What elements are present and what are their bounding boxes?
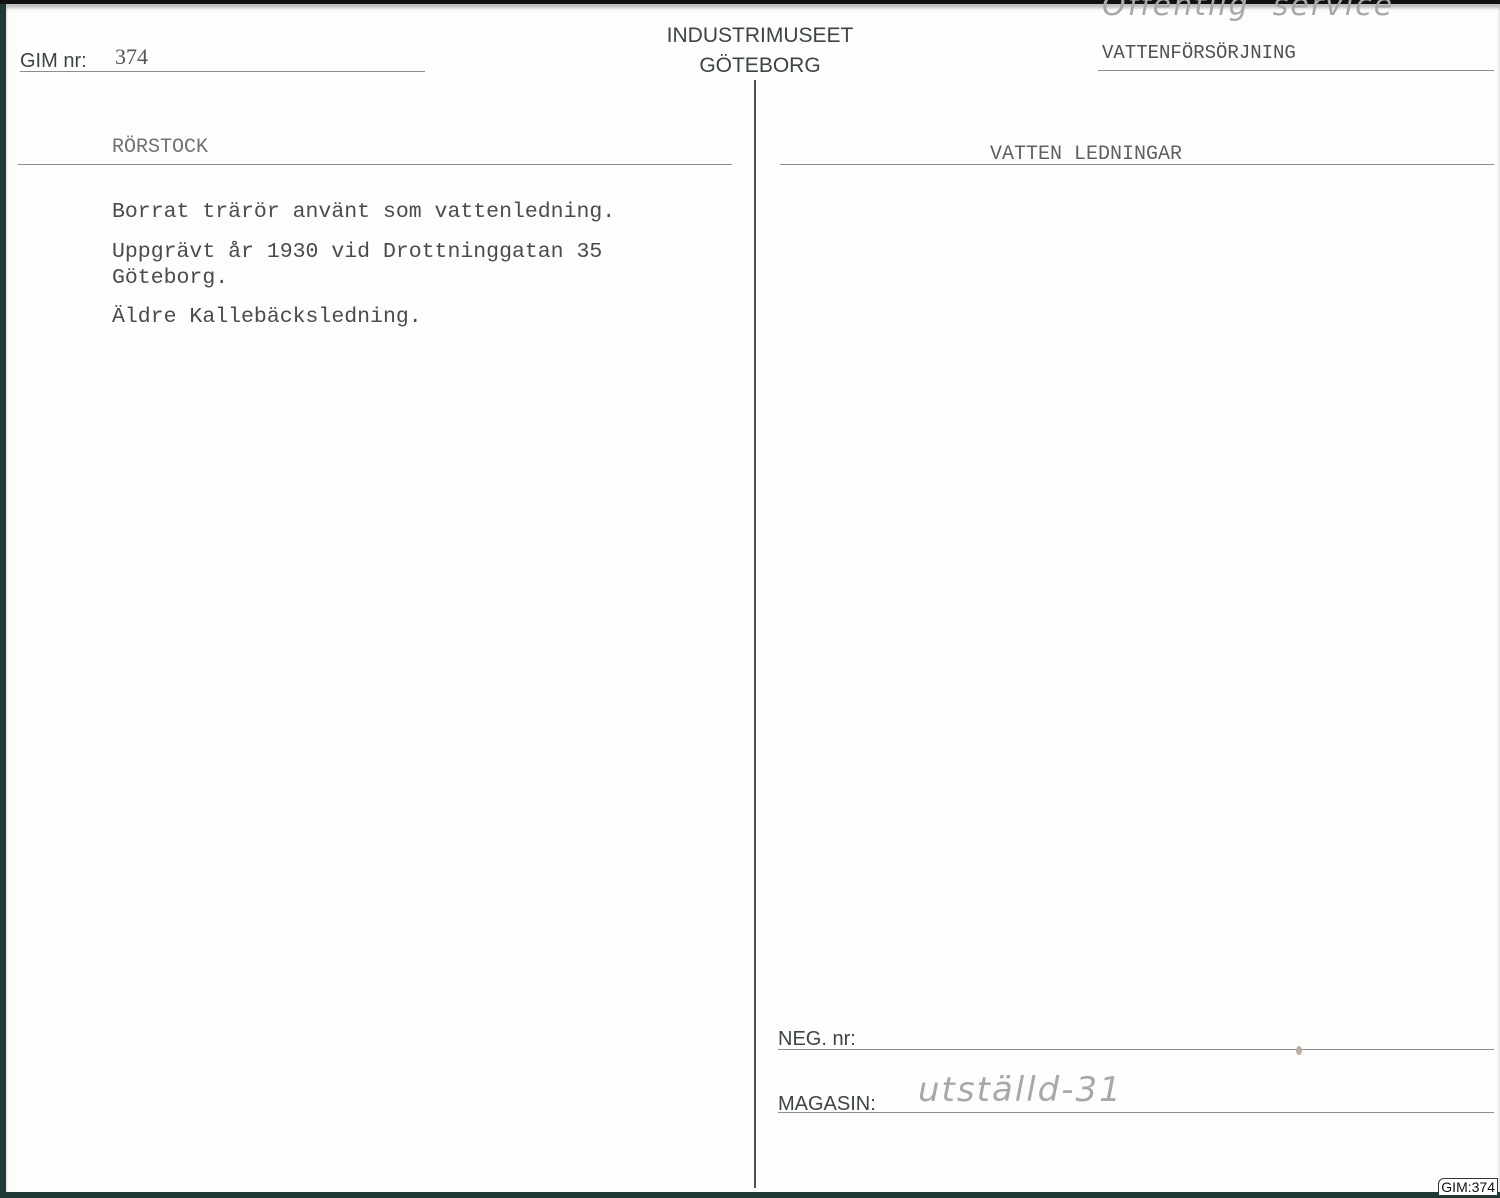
museum-name-line1: INDUSTRIMUSEET [640,21,880,51]
gim-number-value: 374 [115,44,148,70]
subject-field: VATTEN LEDNINGAR [990,143,1182,166]
magasin-handwritten-value: utställd-31 [918,1070,1123,1110]
negative-number-rule [778,1049,1494,1050]
subject-rule [780,164,1494,165]
description-paragraph: Borrat trärör använt som vattenledning. [112,199,615,225]
negative-number-label: NEG. nr: [778,1028,856,1051]
object-name: RÖRSTOCK [112,136,208,159]
handwritten-annotation-top: Offentlig service [1102,0,1394,23]
gim-number-rule [20,71,425,72]
gim-number-label: GIM nr: [20,50,87,73]
museum-name: INDUSTRIMUSEET GÖTEBORG [640,21,880,81]
paper-stain [1296,1046,1302,1055]
catalog-card [6,4,1500,1192]
magasin-rule [778,1112,1494,1113]
column-divider [754,80,756,1188]
description-paragraph: Uppgrävt år 1930 vid Drottninggatan 35 G… [112,239,602,291]
description-paragraph: Äldre Kallebäcksledning. [112,304,422,330]
category-field: VATTENFÖRSÖRJNING [1102,42,1296,64]
archive-id-tag: GIM:374 [1438,1178,1498,1196]
object-name-rule [18,164,732,165]
museum-name-line2: GÖTEBORG [640,51,880,81]
category-rule [1098,70,1494,71]
